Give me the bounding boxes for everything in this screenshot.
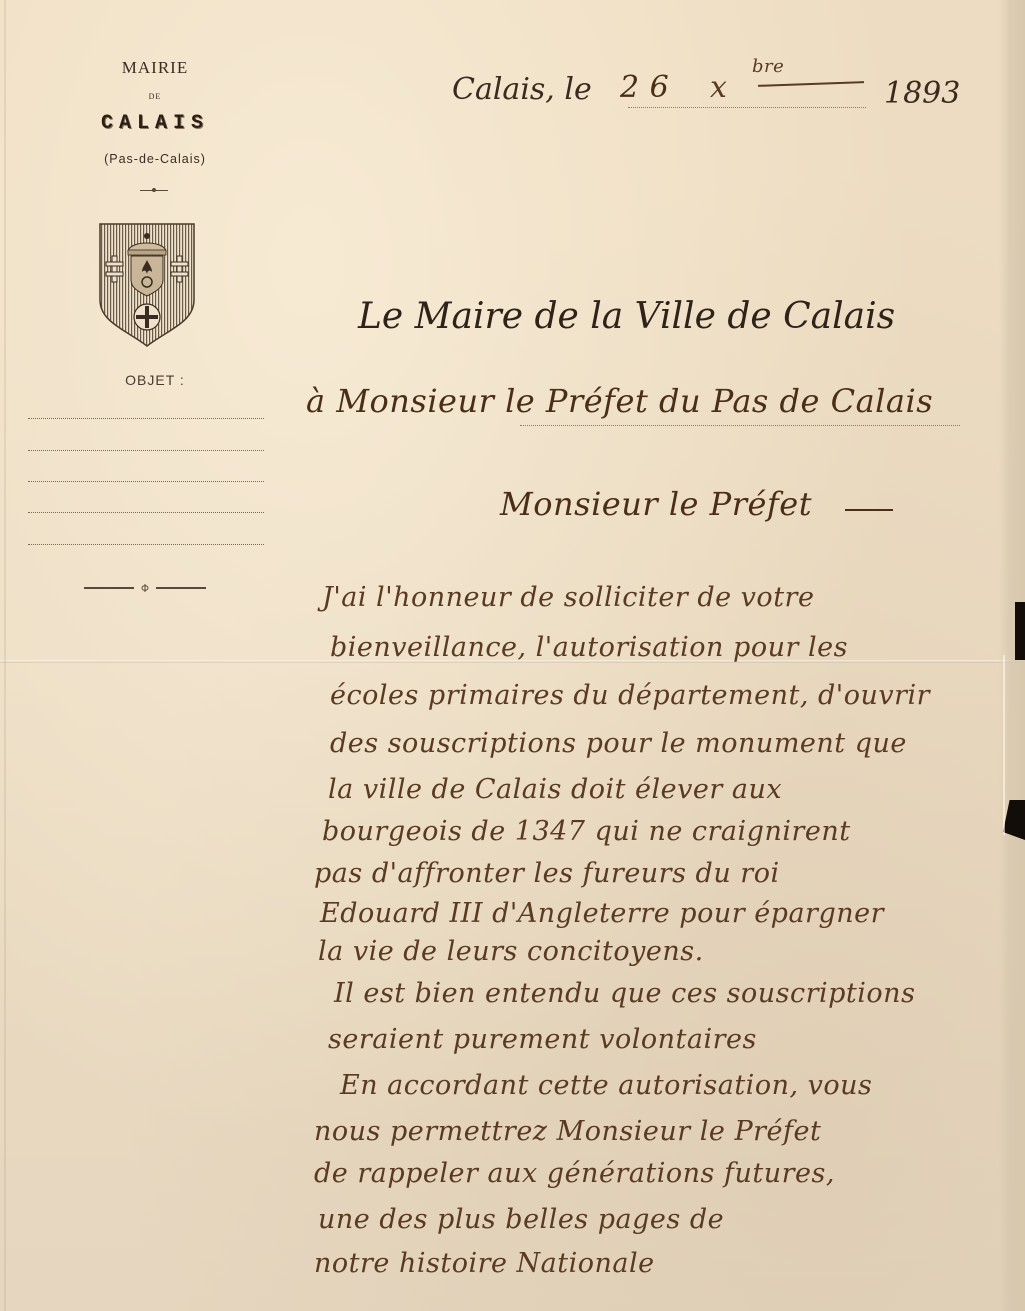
objet-label: OBJET :	[40, 372, 270, 388]
body-line: la vie de leurs concitoyens.	[318, 936, 704, 967]
letterhead-mairie: MAIRIE	[40, 58, 270, 78]
body-line: Il est bien entendu que ces souscription…	[334, 978, 915, 1009]
body-line: des souscriptions pour le monument que	[330, 728, 907, 759]
objet-line-4	[28, 512, 264, 513]
body-line: bienveillance, l'autorisation pour les	[330, 632, 848, 663]
salutation-flourish	[845, 509, 893, 511]
body-line: seraient purement volontaires	[328, 1024, 757, 1055]
objet-line-5	[28, 544, 264, 545]
date-dotted-line	[628, 107, 866, 108]
letterhead-department: (Pas-de-Calais)	[40, 152, 270, 166]
objet-line-1	[28, 418, 264, 419]
body-line: notre histoire Nationale	[314, 1248, 655, 1279]
letterhead-de: DE	[40, 92, 270, 101]
letterhead-calais: CALAIS	[40, 112, 270, 135]
paper-fold	[1003, 655, 1005, 835]
objet-line-3	[28, 481, 264, 482]
date-year: 1893	[884, 76, 960, 111]
date-month: x	[710, 70, 727, 105]
recipient-dotted-line	[520, 425, 960, 426]
recipient-line: à Monsieur le Préfet du Pas de Calais	[306, 382, 933, 420]
letter-title: Le Maire de la Ville de Calais	[358, 296, 895, 337]
body-line: la ville de Calais doit élever aux	[328, 774, 782, 805]
ornament-divider-bottom	[84, 584, 206, 592]
body-line: En accordant cette autorisation, vous	[340, 1070, 872, 1101]
body-line: nous permettrez Monsieur le Préfet	[314, 1116, 821, 1147]
body-line: pas d'affronter les fureurs du roi	[314, 858, 780, 889]
body-line: écoles primaires du département, d'ouvri…	[330, 680, 930, 711]
date-flourish	[758, 81, 864, 87]
salutation: Monsieur le Préfet	[500, 485, 812, 523]
paper-tear	[1015, 602, 1025, 660]
body-line: Edouard III d'Angleterre pour épargner	[320, 898, 884, 929]
date-prefix: Calais, le	[452, 72, 592, 107]
letter-page: MAIRIE DE CALAIS (Pas-de-Calais)	[0, 0, 1025, 1311]
body-line: J'ai l'honneur de solliciter de votre	[322, 582, 814, 613]
body-line: une des plus belles pages de	[318, 1204, 724, 1235]
date-month-superscript: bre	[752, 56, 784, 77]
date-day: 2 6	[620, 70, 669, 105]
body-line: bourgeois de 1347 qui ne craignirent	[322, 816, 851, 847]
objet-line-2	[28, 450, 264, 451]
body-line: de rappeler aux générations futures,	[314, 1158, 835, 1189]
coat-of-arms-icon	[98, 222, 196, 348]
ornament-divider	[140, 190, 168, 191]
